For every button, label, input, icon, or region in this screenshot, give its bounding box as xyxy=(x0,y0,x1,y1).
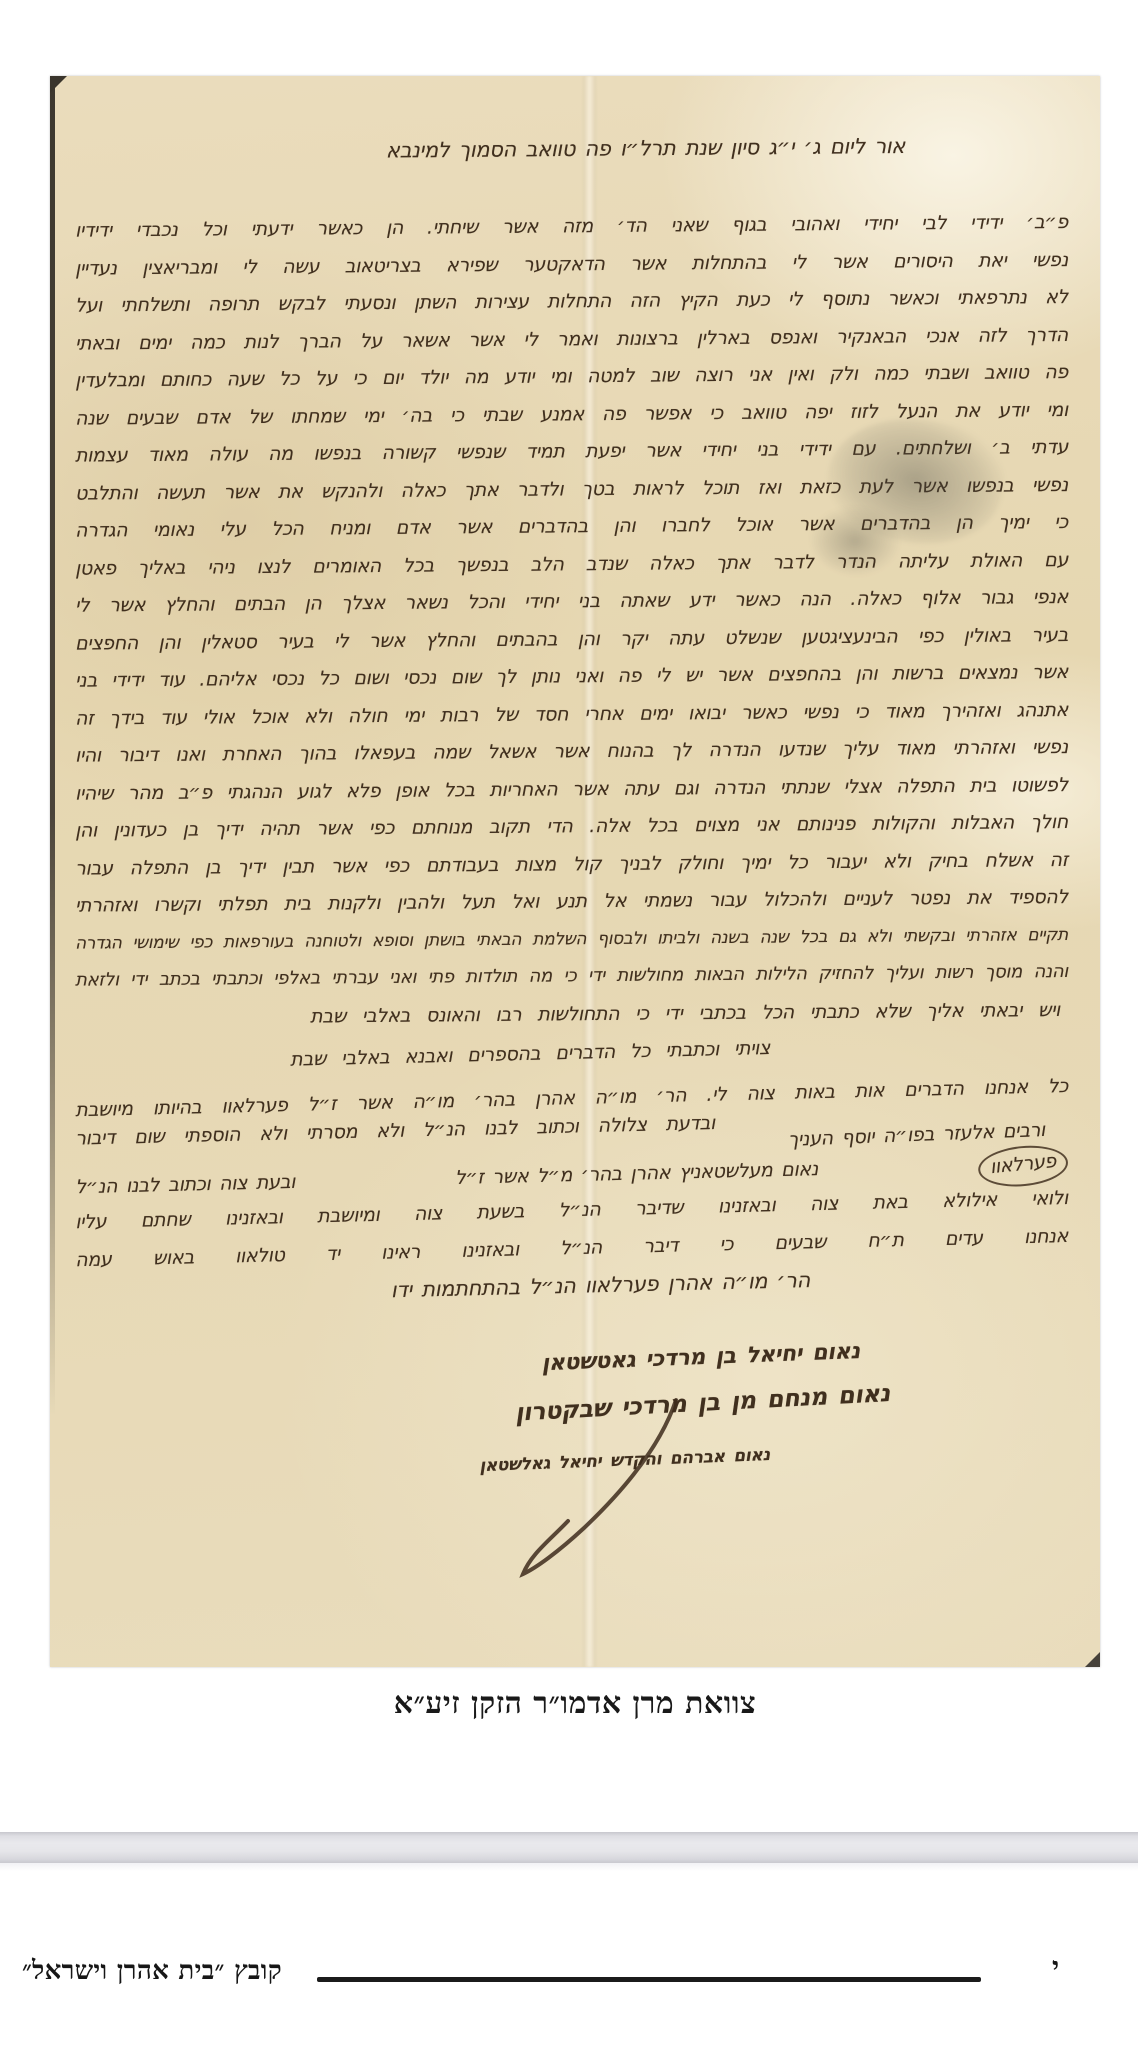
manuscript-scan: אור ליום ג׳ י״ג סיון שנת תרל״ו פה טוואב … xyxy=(50,76,1100,1667)
divider-glow xyxy=(0,1863,1138,1871)
page-marker: י xyxy=(1052,1952,1059,1983)
manuscript-line: פה טוואב ושבתי כמה ולק ואין אני רוצה שוב… xyxy=(75,357,1068,398)
manuscript-line: אנפי גבור אלוף כאלה. הנה כאשר ידע שאתה ב… xyxy=(75,582,1068,623)
manuscript-line: אתנהג ואזהירך מאוד כי נפשי כאשר יבואו ימ… xyxy=(75,695,1068,736)
manuscript-line: נפשי ואזהרתי מאוד עליך שנדעו הנדרה לך בה… xyxy=(75,732,1068,773)
manuscript-line: זה אשלח בחיק ולא יעבור כל ימיך וחולק לבנ… xyxy=(75,845,1068,886)
manuscript-line: הר׳ מו״ה אהרן פערלאוו הנ״ל בהתחתמות ידו xyxy=(290,1265,811,1311)
manuscript-line: והנה מוסך רשות ועליך להחזיק הלילות הבאות… xyxy=(75,957,1068,998)
manuscript-line: לא נתרפאתי וכאשר נתוסף לי כעת הקיץ הזה ה… xyxy=(75,282,1068,323)
paper-dark-edge xyxy=(50,76,55,1416)
manuscript-line: הדרך לזה אנכי הבאנקיר ואנפס בארלין ברצונ… xyxy=(75,320,1068,361)
signature-flourish xyxy=(490,1394,690,1589)
paper-corner-bottomright xyxy=(1085,1652,1100,1667)
figure-caption: צוואת מרן אדמו״ר הזקן זיע״א xyxy=(50,1686,1100,1721)
manuscript-line: להספיד את נפטר לעניים ולהכלול עבור נשמתי… xyxy=(75,882,1068,923)
footer-rule xyxy=(317,1977,981,1982)
manuscript-line: בעיר באולין כפי הבינעציגטען שנשלט עתה יק… xyxy=(75,620,1068,661)
manuscript-line: פ״ב׳ ידידי לבי יחידי ואהובי בגוף שאני הד… xyxy=(75,207,1068,248)
divider-bar xyxy=(0,1832,1138,1863)
manuscript-line: צויתי וכתבתי כל הדברים בהספרים ואבנא באל… xyxy=(290,1033,771,1077)
journal-title: קובץ ״בית אהרן וישראל״ xyxy=(22,1956,282,1986)
manuscript-line: נפשי יאת היסורים אשר לי בהתחלות אשר הדאק… xyxy=(75,245,1068,286)
witness-line-left: ובעת צוה וכתוב לבנו הנ״ל xyxy=(75,1167,296,1202)
paper-corner-topleft xyxy=(50,76,67,93)
manuscript-header-line: אור ליום ג׳ י״ג סיון שנת תרל״ו פה טוואב … xyxy=(385,131,905,169)
manuscript-line: לפשוטו בית התפלה אצלי שנתתי הנדרה וגם עת… xyxy=(75,770,1068,811)
manuscript-line: אשר נמצאים ברשות והן בהחפצים אשר יש לי פ… xyxy=(75,657,1068,698)
manuscript-line: תקיים אזהרתי ובקשתי ולא גם בכל שנה בשנה … xyxy=(75,920,1068,961)
manuscript-line: ויש יבאתי אליך שלא כתבתי הכל בכתבי ידי כ… xyxy=(310,995,1060,1034)
manuscript-line: חולך האבלות והקולות פנינותם אני מצוים בכ… xyxy=(75,807,1068,848)
signature-line: נאום יחיאל בן מרדכי גאטשטאן xyxy=(520,1337,861,1383)
witness-line-right: נאום מעלשטאניץ אהרן בהר׳ מ״ל אשר ז״ל xyxy=(455,1154,819,1193)
manuscript-line: עם האולת עליתה הנדר לדבר אתך כאלה שנדב ה… xyxy=(75,545,1068,586)
